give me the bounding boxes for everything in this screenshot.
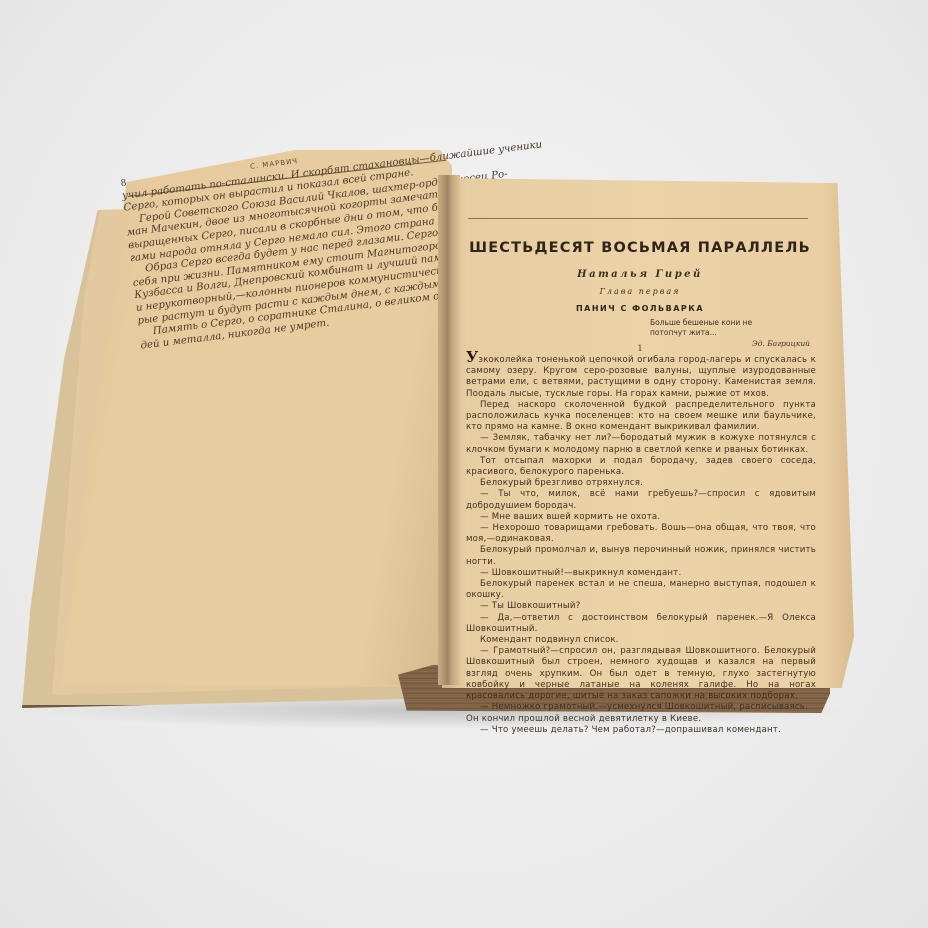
paragraph: — Шовкошитный!—выкрикнул комендант. — [466, 568, 816, 579]
paragraph: — Что умеешь делать? Чем работал?—допраш… — [466, 725, 816, 736]
chapter-label: Глава первая — [455, 287, 825, 296]
paragraph: Комендант подвинул список. — [466, 635, 816, 646]
paragraph-text: зкоколейка тоненькой цепочкой огибала го… — [466, 355, 816, 399]
paragraph: — Ты что, милок, всё нами гребуешь?—спро… — [466, 489, 816, 511]
paragraph: Белокурый промолчал и, вынув перочинный … — [466, 545, 816, 567]
page-number: 8 — [120, 178, 127, 189]
paragraph: — Ты Шовкошитный? — [466, 601, 816, 612]
top-rule — [468, 218, 808, 219]
paragraph: Он кончил прошлой весной девятилетку в К… — [466, 714, 816, 725]
paragraph: — Да,—ответил с достоинством белокурый п… — [466, 613, 816, 635]
chapter-title: ПАНИЧ С ФОЛЬВАРКА — [455, 304, 825, 313]
epigraph-line: Больше бешеные кони не — [650, 318, 810, 328]
story-title: ШЕСТЬДЕСЯТ ВОСЬМАЯ ПАРАЛЛЕЛЬ — [455, 240, 825, 256]
paragraph: Тот отсыпал махорки и подал бородачу, за… — [466, 456, 816, 478]
paragraph: — Мне ваших вшей кормить не охота. — [466, 512, 816, 523]
drop-cap: У — [466, 348, 478, 366]
paragraph: Белокурый брезгливо отряхнулся. — [466, 478, 816, 489]
paragraph: — Грамотный?—спросил он, разглядывая Шов… — [466, 646, 816, 702]
paragraph: — Немножко грамотный,—усмехнулся Шовкоши… — [466, 702, 816, 713]
body-text: Узкоколейка тоненькой цепочкой огибала г… — [466, 352, 816, 736]
author-name: Наталья Гирей — [455, 269, 825, 280]
paragraph: — Земляк, табачку нет ли?—бородатый мужи… — [466, 433, 816, 455]
paragraph: — Нехорошо товарищами гребовать. Вошь—он… — [466, 523, 816, 545]
paragraph: Белокурый паренек встал и не спеша, мане… — [466, 579, 816, 601]
epigraph-line: потопчут жита... — [650, 328, 810, 338]
paragraph: Перед наскоро сколоченной будкой распред… — [466, 400, 816, 434]
paragraph: Узкоколейка тоненькой цепочкой огибала г… — [466, 352, 816, 400]
